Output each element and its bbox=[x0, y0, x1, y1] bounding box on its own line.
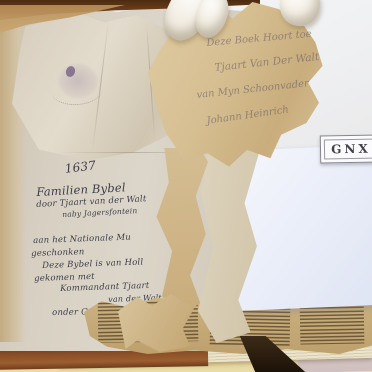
old-bible-photo: 1637 Familien Bybel door Tjaart van der … bbox=[0, 0, 372, 372]
gnx-label: GNX bbox=[320, 134, 372, 163]
inscription-line: geschonken bbox=[31, 247, 85, 259]
gnx-label-text: GNX bbox=[324, 139, 372, 160]
